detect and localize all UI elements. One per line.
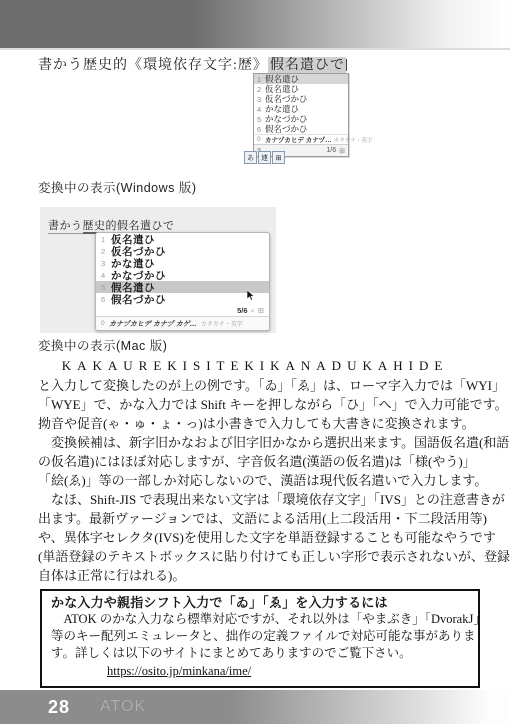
magnifier-icon[interactable]: ⌕ [251, 306, 255, 316]
candidate-number: 2 [101, 247, 111, 256]
candidate-number: 3 [101, 259, 111, 268]
palette-grid-icon[interactable]: ⊞ [272, 151, 285, 164]
katakana-label: カタカナ・英字 [334, 136, 373, 144]
body-line: と入力して変換したのが上の例です。「ゐ」「ゑ」は、ローマ字入力では「WYI」 [38, 376, 472, 395]
expand-icon[interactable]: ⊞ [258, 306, 264, 315]
candidate-number: 4 [101, 271, 111, 280]
candidate-number: 5 [101, 283, 111, 292]
input-mode-button[interactable]: あ [244, 151, 257, 164]
page-indicator: 5/6 [237, 306, 247, 315]
body-line: 自体は正常に行はれる)。 [38, 566, 472, 585]
note-box-line: す。詳しくは以下のサイトにまとめてありますのでご覧下さい。 [51, 645, 469, 662]
body-text: KAKAUREKISITEKIKANADUKAHIDE と入力して変換したのが上… [38, 356, 472, 585]
page-number: 28 [48, 697, 70, 718]
mac-screenshot: 書かう歴史的假名遣ひで 1 仮名遣ひ 2 仮名づかひ 3 かな遣ひ 4 かなづか… [40, 207, 276, 333]
candidate-text: カナヅカヒデ カナヅ カゲ… [109, 319, 197, 329]
body-line: の仮名遣)にはほぼ対応しますが、字音仮名遣(漢語の仮名遣)は「様(やう)」 [38, 452, 472, 471]
candidate-number: 6 [101, 295, 111, 304]
candidate-number: 0 [101, 320, 109, 327]
romaji-input-line: KAKAUREKISITEKIKANADUKAHIDE [38, 356, 472, 375]
note-box-line: 等のキー配列エミュレータと、拙作の定義ファイルで対応可能な事がありま [51, 628, 469, 645]
caption-windows: 変換中の表示(Windows 版) [38, 178, 197, 196]
note-box: かな入力や親指シフト入力で「ゐ」「ゑ」を入力するには ATOK のかな入力なら標… [40, 589, 480, 688]
katakana-label: カタカナ・英字 [201, 319, 243, 328]
note-box-title: かな入力や親指シフト入力で「ゐ」「ゑ」を入力するには [51, 595, 469, 611]
body-line: 変換候補は、新字旧かなおよび旧字旧かなから選択出来ます。国語仮名遣(和語 [38, 433, 472, 452]
body-line: (単語登録のテキストボックスに貼り付けても正しい字形で表示されないが、登録 [38, 547, 472, 566]
candidate-text: 假名づかひ [265, 123, 308, 135]
composition-segment: 書かう [48, 220, 83, 234]
page-indicator: 1/6 [326, 147, 336, 154]
chapter-title: ATOK [100, 698, 146, 716]
site-link[interactable]: https://osito.jp/minkana/ime/ [107, 664, 251, 679]
candidate-number: 4 [257, 105, 265, 114]
candidate-row[interactable]: 6 假名づかひ [254, 124, 348, 134]
candidate-status-bar: 5/6 ⌕ ⊞ [96, 305, 269, 316]
candidate-row[interactable]: 6 假名づかひ [96, 293, 269, 305]
composition-prefix: 書かう歴史的《環境依存文字:歴》 [38, 58, 268, 73]
candidate-number: 1 [101, 235, 111, 244]
katakana-candidate-row[interactable]: 0 カナヅカヒデ カナヅ カゲ… カタカナ・英字 [96, 316, 269, 330]
windows-composition-line: 書かう歴史的《環境依存文字:歴》假名遣ひで [38, 54, 347, 74]
composition-highlight: 假名遣ひで [268, 57, 346, 74]
candidate-text: カナヅカヒデ カナヅ… [265, 135, 332, 144]
note-box-line: ATOK のかな入力なら標準対応ですが、それ以外は「やまぶき」「DvorakJ」 [51, 611, 469, 628]
body-line: なほ、Shift-JIS で表現出来ない文字は「環境依存文字」「IVS」との注意… [38, 490, 472, 509]
mac-candidate-window: 1 仮名遣ひ 2 仮名づかひ 3 かな遣ひ 4 かなづかひ 5 假名遣ひ 6 假… [95, 232, 270, 331]
expand-icon[interactable]: ⊞ [339, 147, 345, 155]
caption-mac: 変換中の表示(Mac 版) [38, 336, 167, 354]
candidate-number: 3 [257, 95, 265, 104]
body-line: 出ます。最新ヴァージョンでは、文語による活用(上二段活用・下二段活用等) [38, 509, 472, 528]
body-line: や、異体字セレクタ(IVS)を使用した文字を単語登録することも可能なやうです [38, 528, 472, 547]
body-line: 「絵(ゑ)」等の一部しか対応しないので、漢語は現代仮名遣いで入力します。 [38, 471, 472, 490]
atok-palette: あ 連 ⊞ [244, 151, 285, 164]
conversion-mode-button[interactable]: 連 [258, 151, 271, 164]
text-caret [346, 59, 347, 71]
katakana-candidate-row[interactable]: 0 カナヅカヒデ カナヅ… カタカナ・英字 [254, 134, 348, 144]
candidate-number: 0 [257, 136, 265, 143]
candidate-text: 假名づかひ [111, 292, 166, 307]
header-bar [0, 0, 510, 50]
candidate-number: 5 [257, 115, 265, 124]
candidate-number: 6 [257, 125, 265, 134]
mac-composition-line: 書かう歴史的假名遣ひで [48, 217, 175, 233]
candidate-number: 1 [257, 75, 265, 84]
windows-candidate-window: 1 假名遣ひ 2 仮名遣ひ 3 仮名づかひ 4 かな遣ひ 5 かなづかひ 6 假… [253, 73, 349, 157]
body-line: 拗音や促音(ゃ・ゅ・ょ・っ)は小書きで入力しても大書きに変換されます。 [38, 414, 472, 433]
footer-bar: 28 ATOK [0, 690, 510, 724]
candidate-number: 2 [257, 85, 265, 94]
body-line: 「WYE」で、かな入力では Shift キーを押しながら「ひ」「へ」で入力可能で… [38, 395, 472, 414]
